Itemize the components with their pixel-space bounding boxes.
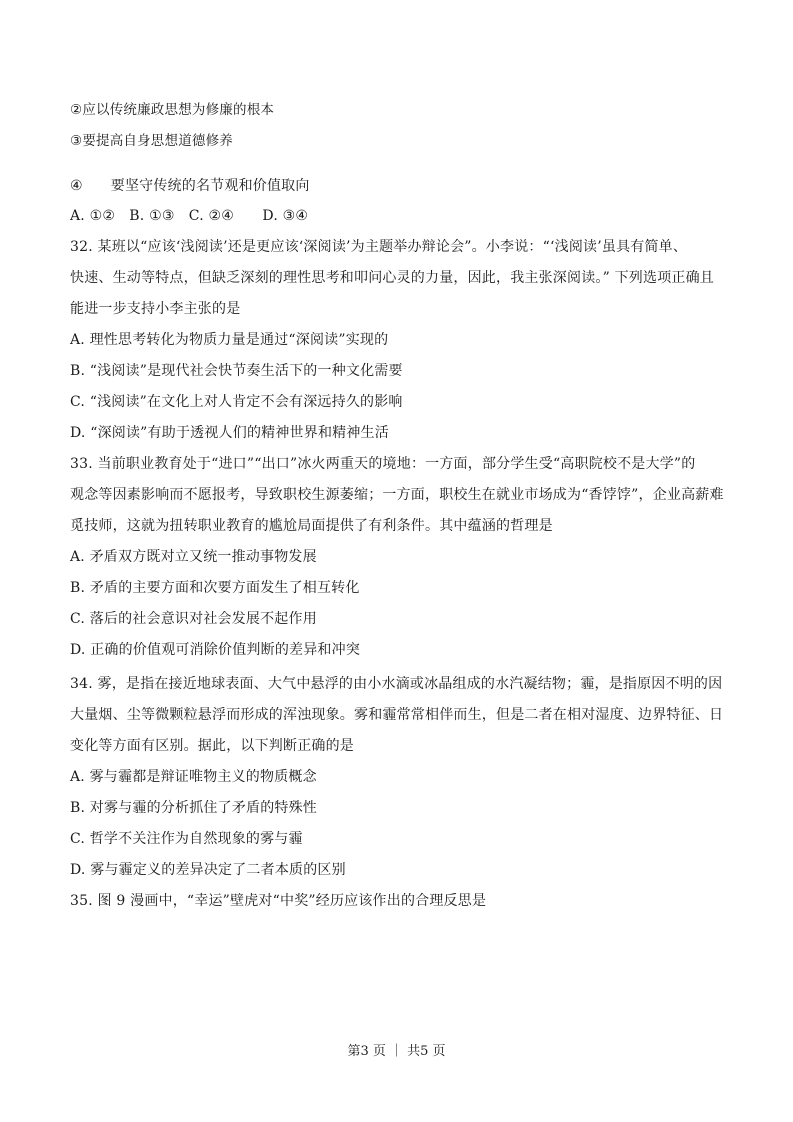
q33-stem-line-1: 33. 当前职业教育处于“进口”“出口”冰火两重天的境地：一方面，部分学生受“高… — [70, 455, 695, 473]
q35-stem: 35. 图 9 漫画中，“幸运”壁虎对“中奖”经历应该作出的合理反思是 — [70, 892, 486, 910]
page-footer: 第3 页 ｜ 共5 页 — [0, 1040, 793, 1059]
statement-text: 要坚守传统的名节观和价值取向 — [111, 178, 310, 194]
q32-option-b: B. “浅阅读”是现代社会快节奏生活下的一种文化需要 — [70, 362, 403, 380]
statement-number: ② — [70, 102, 82, 118]
statement-text: 要提高自身思想道德修养 — [82, 133, 233, 149]
q32-option-d: D. “深阅读”有助于透视人们的精神世界和精神生活 — [70, 424, 389, 442]
q33-option-c: C. 落后的社会意识对社会发展不起作用 — [70, 610, 317, 628]
q33-option-b: B. 矛盾的主要方面和次要方面发生了相互转化 — [70, 579, 360, 597]
statement-number: ④ — [70, 178, 83, 194]
statement-number: ③ — [70, 133, 82, 149]
q34-stem-line-1: 34. 雾，是指在接近地球表面、大气中悬浮的由小水滴或冰晶组成的水汽凝结物；霾，… — [70, 675, 722, 693]
q31-statement-4: ④要坚守传统的名节观和价值取向 — [70, 177, 310, 195]
q31-statement-2: ②应以传统廉政思想为修廉的根本 — [70, 101, 274, 119]
q32-stem-line-1: 32. 某班以“应该‘浅阅读’还是更应该‘深阅读’为主题举办辩论会”。小李说：“… — [70, 238, 687, 256]
q34-option-c: C. 哲学不关注作为自然现象的雾与霾 — [70, 830, 303, 848]
q33-stem-line-3: 觅技师，这就为扭转职业教育的尴尬局面提供了有利条件。其中蕴涵的哲理是 — [70, 517, 553, 535]
q31-statement-3: ③要提高自身思想道德修养 — [70, 132, 233, 150]
exam-page: ②应以传统廉政思想为修廉的根本 ③要提高自身思想道德修养 ④要坚守传统的名节观和… — [0, 0, 793, 1122]
q32-option-c: C. “浅阅读”在文化上对人肯定不会有深远持久的影响 — [70, 393, 403, 411]
q33-stem-line-2: 观念等因素影响而不愿报考，导致职校生源萎缩；一方面，职校生在就业市场成为“香饽饽… — [70, 486, 724, 504]
statement-text: 应以传统廉政思想为修廉的根本 — [82, 102, 274, 118]
q33-option-d: D. 正确的价值观可消除价值判断的差异和冲突 — [70, 641, 360, 659]
q34-option-a: A. 雾与霾都是辩证唯物主义的物质概念 — [70, 768, 317, 786]
q34-stem-line-3: 变化等方面有区别。据此，以下判断正确的是 — [70, 737, 354, 755]
q32-stem-line-2: 快速、生动等特点，但缺乏深刻的理性思考和叩问心灵的力量，因此，我主张深阅读。” … — [70, 269, 714, 287]
q32-stem-line-3: 能进一步支持小李主张的是 — [70, 300, 240, 318]
q32-option-a: A. 理性思考转化为物质力量是通过“深阅读”实现的 — [70, 331, 388, 349]
q33-option-a: A. 矛盾双方既对立又统一推动事物发展 — [70, 548, 317, 566]
q34-stem-line-2: 大量烟、尘等微颗粒悬浮而形成的浑浊现象。雾和霾常常相伴而生，但是二者在相对湿度、… — [70, 706, 723, 724]
q34-option-d: D. 雾与霾定义的差异决定了二者本质的区别 — [70, 861, 346, 879]
q34-option-b: B. 对雾与霾的分析抓住了矛盾的特殊性 — [70, 799, 317, 817]
q31-options: A. ①② B. ①③ C. ②④ D. ③④ — [70, 207, 308, 225]
